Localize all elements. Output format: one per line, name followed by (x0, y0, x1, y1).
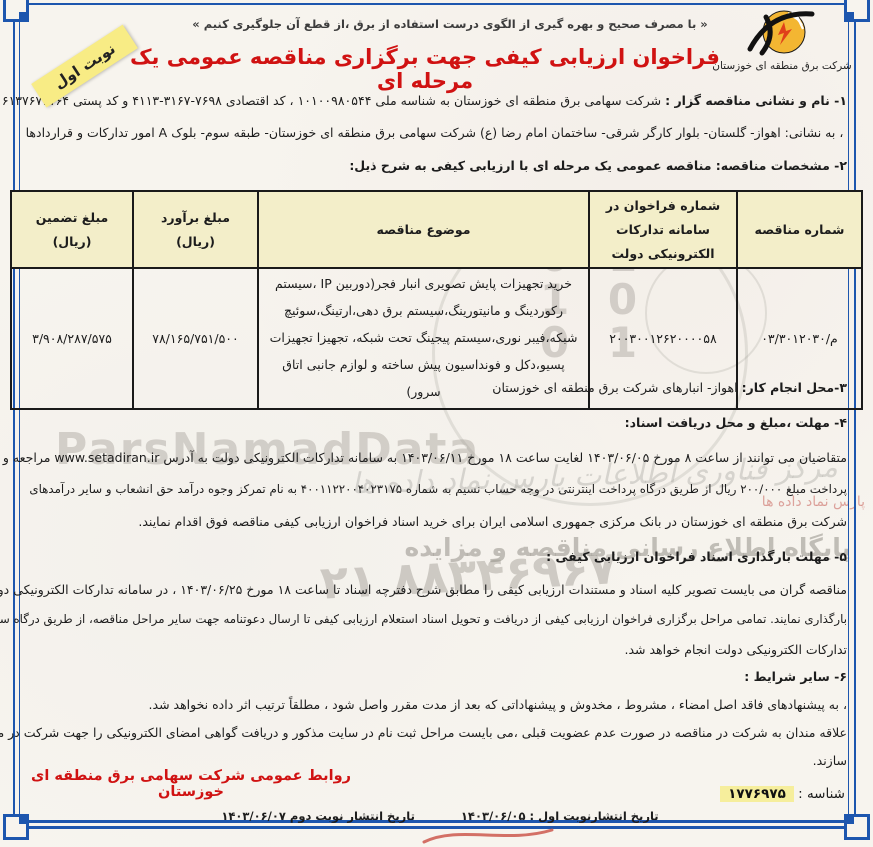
watermark-brand-name: پارس نماد داده ها (762, 494, 865, 510)
section1-line2: ، به نشانی: اهواز- گلستان- بلوار کارگر ش… (22, 125, 847, 140)
section4-line3: شرکت برق منطقه ای خوزستان در بانک مرکزی … (22, 514, 847, 529)
col-header-setad-number: شماره فراخوان در سامانه تدارکات الکترونی… (589, 191, 737, 268)
page-title: فراخوان ارزیابی کیفی جهت برگزاری مناقصه … (115, 45, 735, 93)
col-header-guarantee: مبلغ تضمین (ریال) (11, 191, 133, 268)
section1-line1: ۱- نام و نشانی مناقصه گزار :شرکت سهامی ب… (22, 93, 847, 108)
tender-announcement-page: ParsNamadData پایگاه اطلاع رسانی مناقصه … (0, 0, 873, 847)
col-header-tender-number: شماره مناقصه (737, 191, 862, 268)
section6-line2: علاقه مندان به شرکت در مناقصه در صورت عد… (22, 725, 847, 740)
frame-border-left (13, 3, 15, 823)
frame-border-right (854, 3, 856, 823)
section6-heading: ۶- سایر شرایط : (22, 669, 847, 684)
second-publication-date: تاریخ انتشار نوبت دوم ۱۴۰۳/۰۶/۰۷ (221, 809, 415, 823)
frame-corner-ornament (844, 814, 870, 840)
frame-corner-ornament (3, 814, 29, 840)
red-pen-scribble (418, 825, 558, 847)
frame-border-top (13, 3, 856, 5)
section2-heading: ۲- مشخصات مناقصه: مناقصه عمومی یک مرحله … (22, 158, 847, 173)
col-header-subject: موضوع مناقصه (258, 191, 589, 268)
tender-table: شماره مناقصه شماره فراخوان در سامانه تدا… (10, 190, 863, 410)
section5-heading: ۵- مهلت بارگذاری اسناد فراخوان ارزیابی ک… (22, 549, 847, 564)
section3-line: ۳-محل انجام کار:اهواز- انبارهای شرکت برق… (22, 380, 847, 395)
electricity-slogan: « با مصرف صحیح و بهره گیری از الگوی درست… (165, 17, 735, 31)
frame-corner-ornament (844, 0, 870, 22)
khuzestan-power-logo-icon (742, 5, 820, 59)
section5-line2: بارگذاری نمایند. تمامی مراحل برگزاری فرا… (22, 612, 847, 626)
section5-line1: مناقصه گران می بایست تصویر کلیه اسناد و … (22, 582, 847, 597)
announcement-id-label: شناسه : (798, 786, 845, 802)
section6-line1: ، به پیشنهادهای فاقد اصل امضاء ، مشروط ،… (22, 697, 847, 712)
section4-line2: پرداخت مبلغ ۲۰۰/۰۰۰ ریال از طریق درگاه پ… (22, 482, 847, 496)
section1-label: ۱- نام و نشانی مناقصه گزار : (665, 93, 847, 108)
public-relations-signature: روابط عمومی شرکت سهامی برق منطقه ای خوزس… (26, 768, 356, 800)
col-header-estimate: مبلغ برآورد (ریال) (133, 191, 258, 268)
frame-border-right-inner (848, 9, 849, 817)
section4-heading: ۴- مهلت ،مبلغ و محل دریافت اسناد: (22, 415, 847, 430)
publication-dates: تاریخ انتشارنوبت اول : ۱۴۰۳/۰۶/۰۵ تاریخ … (150, 809, 730, 823)
first-publication-date: تاریخ انتشارنوبت اول : ۱۴۰۳/۰۶/۰۵ (461, 809, 659, 823)
announcement-id: شناسه : ۱۷۷۶۹۷۵ (720, 786, 845, 802)
table-header-row: شماره مناقصه شماره فراخوان در سامانه تدا… (11, 191, 862, 268)
company-name: شرکت برق منطقه ای خوزستان (712, 60, 852, 72)
section6-line3: سازند. (22, 753, 847, 768)
announcement-id-value: ۱۷۷۶۹۷۵ (720, 786, 794, 802)
section3-label: ۳-محل انجام کار: (742, 380, 847, 395)
section4-line1: متقاضیان می توانند از ساعت ۸ مورخ ۱۴۰۳/۰… (22, 450, 847, 465)
frame-border-left-inner (19, 9, 20, 817)
frame-corner-ornament (3, 0, 29, 22)
section5-line3: تدارکات الکترونیکی دولت انجام خواهد شد. (22, 642, 847, 657)
